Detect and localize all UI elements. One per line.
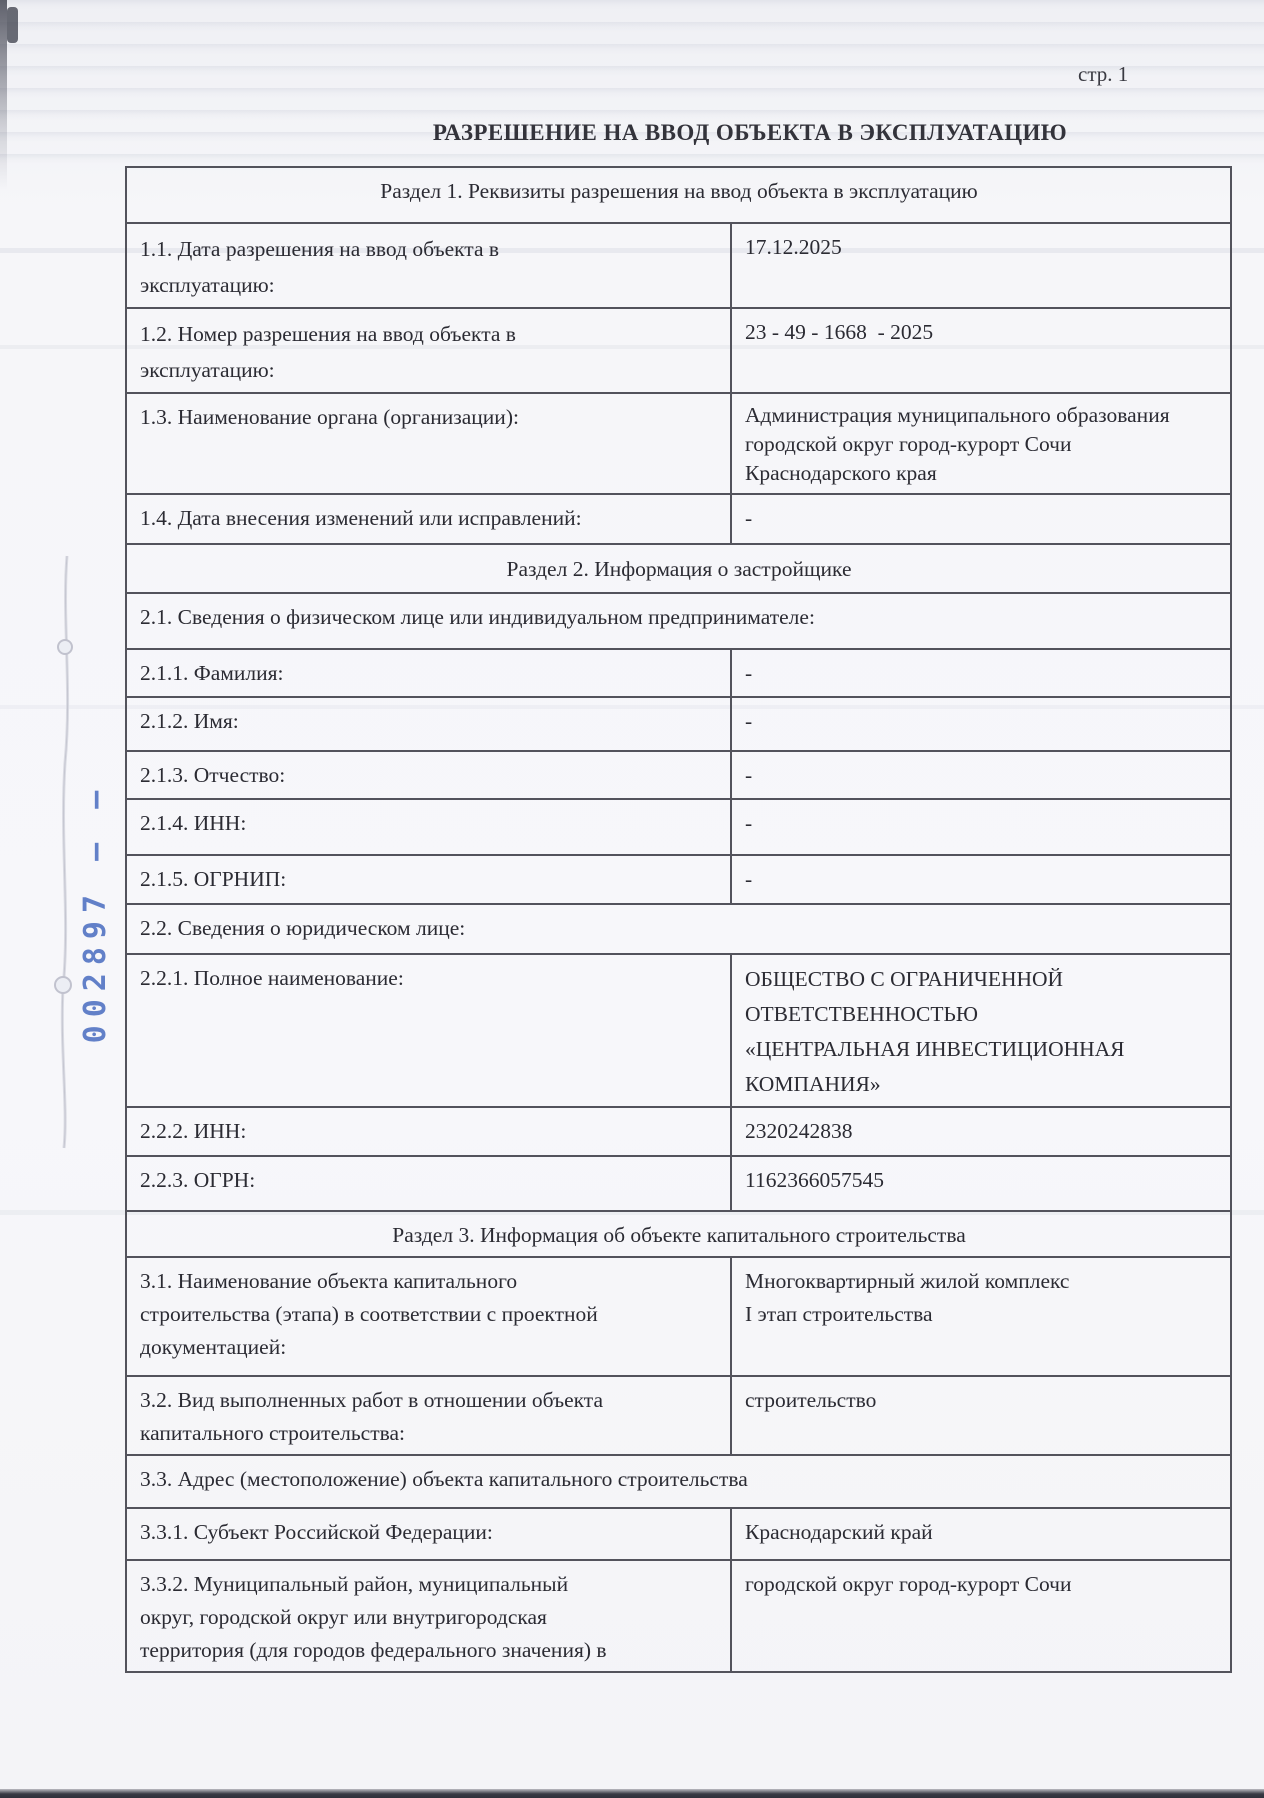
punch-hole — [55, 977, 71, 993]
row-3-2-value: строительство — [731, 1376, 1231, 1455]
row-2-1-1: 2.1.1. Фамилия: - — [126, 649, 1231, 697]
row-3-1-label: 3.1. Наименование объекта капитального с… — [126, 1257, 731, 1376]
stamp-serial-number: 002897 – – — [78, 768, 118, 1058]
row-2-2-3-label: 2.2.3. ОГРН: — [126, 1156, 731, 1211]
row-3-3-2-value: городской округ город-курорт Сочи — [731, 1560, 1231, 1672]
row-3-3-2-label: 3.3.2. Муниципальный район, муниципальны… — [126, 1560, 731, 1672]
row-1-2-label: 1.2. Номер разрешения на ввод объекта в … — [126, 308, 731, 393]
row-2-1-5-label: 2.1.5. ОГРНИП: — [126, 855, 731, 904]
row-1-3: 1.3. Наименование органа (организации): … — [126, 393, 1231, 494]
row-1-2: 1.2. Номер разрешения на ввод объекта в … — [126, 308, 1231, 393]
row-2-1-4: 2.1.4. ИНН: - — [126, 799, 1231, 855]
row-2-1-2-label: 2.1.2. Имя: — [126, 697, 731, 751]
row-1-4-value: - — [731, 494, 1231, 544]
page-number: стр. 1 — [1078, 62, 1128, 87]
row-1-2-value: 23 - 49 - 1668 - 2025 — [731, 308, 1231, 393]
row-3-1: 3.1. Наименование объекта капитального с… — [126, 1257, 1231, 1376]
row-3-2-label: 3.2. Вид выполненных работ в отношении о… — [126, 1376, 731, 1455]
row-1-1-value: 17.12.2025 — [731, 223, 1231, 308]
row-2-2-1-value: ОБЩЕСТВО С ОГРАНИЧЕННОЙ ОТВЕТСТВЕННОСТЬЮ… — [731, 954, 1231, 1107]
row-1-4-label: 1.4. Дата внесения изменений или исправл… — [126, 494, 731, 544]
row-1-4: 1.4. Дата внесения изменений или исправл… — [126, 494, 1231, 544]
row-2-2-3-value: 1162366057545 — [731, 1156, 1231, 1211]
row-2-2-3: 2.2.3. ОГРН: 1162366057545 — [126, 1156, 1231, 1211]
row-2-2-1-label: 2.2.1. Полное наименование: — [126, 954, 731, 1107]
row-2-2-2-label: 2.2.2. ИНН: — [126, 1107, 731, 1156]
row-2-2-2: 2.2.2. ИНН: 2320242838 — [126, 1107, 1231, 1156]
row-1-1: 1.1. Дата разрешения на ввод объекта в э… — [126, 223, 1231, 308]
row-2-2-2-value: 2320242838 — [731, 1107, 1231, 1156]
scanned-document-page: стр. 1 РАЗРЕШЕНИЕ НА ВВОД ОБЪЕКТА В ЭКСП… — [0, 0, 1264, 1798]
row-3-1-value: Многоквартирный жилой комплекс I этап ст… — [731, 1257, 1231, 1376]
row-1-1-label: 1.1. Дата разрешения на ввод объекта в э… — [126, 223, 731, 308]
row-2-1-5: 2.1.5. ОГРНИП: - — [126, 855, 1231, 904]
row-3-3-1-value: Краснодарский край — [731, 1508, 1231, 1560]
row-2-1-1-value: - — [731, 649, 1231, 697]
scan-bottom-edge — [0, 1789, 1264, 1798]
section-1-header-row: Раздел 1. Реквизиты разрешения на ввод о… — [126, 167, 1231, 223]
row-2-1-label: 2.1. Сведения о физическом лице или инди… — [126, 593, 1231, 649]
row-2-1: 2.1. Сведения о физическом лице или инди… — [126, 593, 1231, 649]
section-3-title: Раздел 3. Информация об объекте капиталь… — [126, 1211, 1231, 1257]
row-2-2-label: 2.2. Сведения о юридическом лице: — [126, 904, 1231, 954]
row-3-2: 3.2. Вид выполненных работ в отношении о… — [126, 1376, 1231, 1455]
row-2-1-4-value: - — [731, 799, 1231, 855]
row-2-1-2-value: - — [731, 697, 1231, 751]
scan-edge-mark — [7, 7, 18, 43]
row-1-3-label: 1.3. Наименование органа (организации): — [126, 393, 731, 494]
row-2-2-1: 2.2.1. Полное наименование: ОБЩЕСТВО С О… — [126, 954, 1231, 1107]
row-2-2: 2.2. Сведения о юридическом лице: — [126, 904, 1231, 954]
document-table: Раздел 1. Реквизиты разрешения на ввод о… — [125, 166, 1232, 1673]
row-2-1-3-label: 2.1.3. Отчество: — [126, 751, 731, 799]
row-3-3-1-label: 3.3.1. Субъект Российской Федерации: — [126, 1508, 731, 1560]
row-3-3-label: 3.3. Адрес (местоположение) объекта капи… — [126, 1455, 1231, 1508]
row-2-1-3: 2.1.3. Отчество: - — [126, 751, 1231, 799]
row-2-1-2: 2.1.2. Имя: - — [126, 697, 1231, 751]
document-title: РАЗРЕШЕНИЕ НА ВВОД ОБЪЕКТА В ЭКСПЛУАТАЦИ… — [330, 120, 1170, 146]
row-3-3-1: 3.3.1. Субъект Российской Федерации: Кра… — [126, 1508, 1231, 1560]
section-1-title: Раздел 1. Реквизиты разрешения на ввод о… — [126, 167, 1231, 223]
row-2-1-1-label: 2.1.1. Фамилия: — [126, 649, 731, 697]
row-3-3-2: 3.3.2. Муниципальный район, муниципальны… — [126, 1560, 1231, 1672]
row-3-3: 3.3. Адрес (местоположение) объекта капи… — [126, 1455, 1231, 1508]
punch-hole — [58, 640, 72, 654]
row-2-1-4-label: 2.1.4. ИНН: — [126, 799, 731, 855]
section-2-title: Раздел 2. Информация о застройщике — [126, 544, 1231, 593]
scan-edge-shadow — [0, 0, 7, 190]
row-2-1-3-value: - — [731, 751, 1231, 799]
section-2-header-row: Раздел 2. Информация о застройщике — [126, 544, 1231, 593]
row-1-3-value: Администрация муниципального образования… — [731, 393, 1231, 494]
row-2-1-5-value: - — [731, 855, 1231, 904]
section-3-header-row: Раздел 3. Информация об объекте капиталь… — [126, 1211, 1231, 1257]
